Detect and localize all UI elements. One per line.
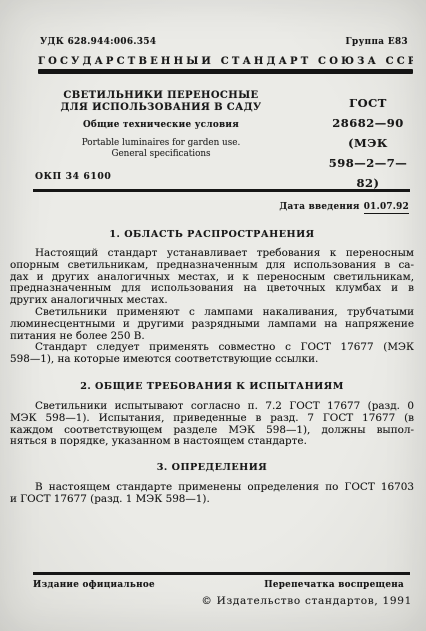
document-subtitle-ru: Общие технические условия (33, 120, 289, 130)
footer-row: Издание официальное Перепечатка воспреще… (33, 580, 404, 590)
standard-designation-block: ГОСТ 28682—90 (МЭК 598—2—7—82) (322, 93, 414, 193)
text-line: МЭК 598—1). Испытания, приведенные в раз… (10, 413, 414, 425)
section-1-paragraph-1: Настоящий стандарт устанавливает требова… (10, 248, 414, 307)
section-1-heading: 1. ОБЛАСТЬ РАСПРОСТРАНЕНИЯ (10, 229, 414, 240)
section-2-heading: 2. ОБЩИЕ ТРЕБОВАНИЯ К ИСПЫТАНИЯМ (10, 381, 414, 392)
section-2-paragraph-1: Светильники испытывают согласно п. 7.2 Г… (10, 401, 414, 448)
text-line: 598—1), на которые имеются соответствующ… (10, 354, 414, 366)
text-line: Светильники испытывают согласно п. 7.2 Г… (10, 401, 414, 413)
iec-reference-line2: 598—2—7—82) (322, 153, 414, 193)
section-1-paragraph-3: Стандарт следует применять совместно с Г… (10, 342, 414, 366)
banner-divider-bar (38, 69, 413, 74)
document-body: 1. ОБЛАСТЬ РАСПРОСТРАНЕНИЯ Настоящий ста… (10, 229, 414, 506)
title-block: СВЕТИЛЬНИКИ ПЕРЕНОСНЫЕ ДЛЯ ИСПОЛЬЗОВАНИЯ… (33, 90, 289, 159)
iec-reference-line1: (МЭК (322, 133, 414, 153)
section-3-heading: 3. ОПРЕДЕЛЕНИЯ (10, 462, 414, 473)
group-code: Группа Е83 (346, 37, 408, 47)
text-line: опорным светильникам, предназначенным дл… (10, 260, 414, 272)
document-title-en: Portable luminaires for garden use. Gene… (33, 138, 289, 159)
okp-code: ОКП 34 6100 (35, 171, 111, 182)
effective-date-value: 01.07.92 (364, 202, 409, 214)
copyright-line: © Издательство стандартов, 1991 (201, 595, 412, 607)
section-3-paragraph-1: В настоящем стандарте применены определе… (10, 482, 414, 506)
official-edition-note: Издание официальное (33, 580, 155, 590)
document-title-en-line2: General specifications (33, 149, 289, 160)
document-title-en-line1: Portable luminaires for garden use. (33, 138, 289, 149)
gost-label: ГОСТ (322, 93, 414, 113)
state-standard-banner: ГОСУДАРСТВЕННЫЙ СТАНДАРТ СОЮЗА ССР (38, 56, 413, 67)
footer-rule (33, 572, 410, 575)
classification-row: УДК 628.944:006.354 Группа Е83 (40, 37, 408, 47)
document-title-ru-line2: ДЛЯ ИСПОЛЬЗОВАНИЯ В САДУ (33, 102, 289, 114)
text-line: люминесцентными и другими разрядными лам… (10, 319, 414, 331)
document-title-ru-line1: СВЕТИЛЬНИКИ ПЕРЕНОСНЫЕ (33, 90, 289, 102)
udk-code: УДК 628.944:006.354 (40, 37, 156, 47)
okp-divider-rule (33, 189, 410, 192)
reprint-prohibition-note: Перепечатка воспрещена (264, 580, 404, 590)
text-line: няться в порядке, указанном в настоящем … (10, 436, 414, 448)
text-line: и ГОСТ 17677 (разд. 1 МЭК 598—1). (10, 494, 414, 506)
section-1-paragraph-2: Светильники применяют с лампами накалива… (10, 307, 414, 342)
effective-date-label: Дата введения (279, 202, 359, 212)
text-line: Светильники применяют с лампами накалива… (10, 307, 414, 319)
effective-date-row: Дата введения01.07.92 (279, 202, 409, 212)
document-page: УДК 628.944:006.354 Группа Е83 ГОСУДАРСТ… (0, 0, 426, 631)
gost-number: 28682—90 (322, 113, 414, 133)
